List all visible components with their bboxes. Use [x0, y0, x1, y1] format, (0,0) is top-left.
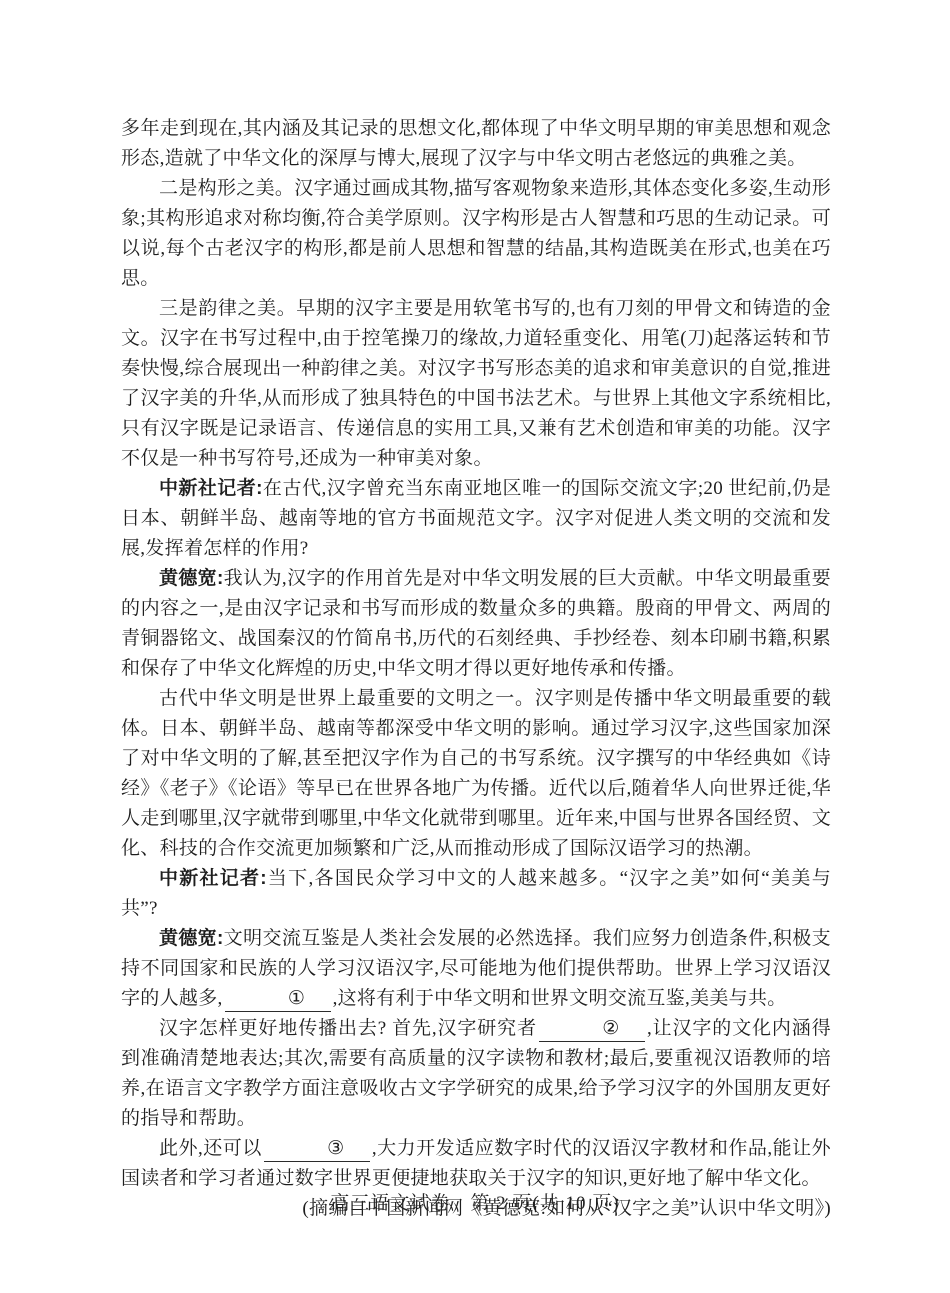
paragraph: 中新社记者:在古代,汉字曾充当东南亚地区唯一的国际交流文字;20 世纪前,仍是日… — [121, 474, 831, 564]
paragraph-text: 三是韵律之美。早期的汉字主要是用软笔书写的,也有刀刻的甲骨文和铸造的金文。汉字在… — [121, 298, 831, 469]
paragraph-text: 多年走到现在,其内涵及其记录的思想文化,都体现了中华文明早期的审美思想和观念形态… — [121, 118, 831, 169]
speaker-label: 中新社记者: — [159, 868, 267, 889]
paragraph: 黄德宽:文明交流互鉴是人类社会发展的必然选择。我们应努力创造条件,积极支持不同国… — [121, 924, 831, 1014]
fill-in-blank: ② — [539, 1017, 645, 1042]
paragraph: 黄德宽:我认为,汉字的作用首先是对中华文明发展的巨大贡献。中华文明最重要的内容之… — [121, 564, 831, 684]
paragraph: 中新社记者:当下,各国民众学习中文的人越来越多。“汉字之美”如何“美美与共”? — [121, 864, 831, 924]
paragraph-text: 我认为,汉字的作用首先是对中华文明发展的巨大贡献。中华文明最重要的内容之一,是由… — [121, 568, 831, 679]
page-footer: 高三语文试卷 第 2 页(共 10 页) — [0, 1188, 950, 1215]
paragraph-text: 古代中华文明是世界上最重要的文明之一。汉字则是传播中华文明最重要的载体。日本、朝… — [121, 688, 831, 859]
speaker-label: 黄德宽: — [159, 928, 224, 949]
paragraph-text: 二是构形之美。汉字通过画成其物,描写客观物象来造形,其体态变化多姿,生动形象;其… — [121, 178, 831, 289]
paragraph: 多年走到现在,其内涵及其记录的思想文化,都体现了中华文明早期的审美思想和观念形态… — [121, 114, 831, 174]
paragraph: 汉字怎样更好地传播出去? 首先,汉字研究者②,让汉字的文化内涵得到准确清楚地表达… — [121, 1014, 831, 1134]
paragraph: 此外,还可以③,大力开发适应数字时代的汉语汉字教材和作品,能让外国读者和学习者通… — [121, 1134, 831, 1194]
document-body: 多年走到现在,其内涵及其记录的思想文化,都体现了中华文明早期的审美思想和观念形态… — [121, 114, 831, 1224]
fill-in-blank: ① — [225, 987, 331, 1012]
fill-in-blank: ③ — [264, 1137, 370, 1162]
speaker-label: 中新社记者: — [159, 478, 263, 499]
paragraph: 古代中华文明是世界上最重要的文明之一。汉字则是传播中华文明最重要的载体。日本、朝… — [121, 684, 831, 864]
paragraph: 二是构形之美。汉字通过画成其物,描写客观物象来造形,其体态变化多姿,生动形象;其… — [121, 174, 831, 294]
paragraph-text: 此外,还可以 — [159, 1138, 262, 1159]
page-footer-text: 高三语文试卷 第 2 页(共 10 页) — [330, 1193, 619, 1214]
paragraph: 三是韵律之美。早期的汉字主要是用软笔书写的,也有刀刻的甲骨文和铸造的金文。汉字在… — [121, 294, 831, 474]
paragraph-text: ,这将有利于中华文明和世界文明交流互鉴,美美与共。 — [333, 988, 787, 1009]
paragraph-text: 汉字怎样更好地传播出去? 首先,汉字研究者 — [159, 1018, 537, 1039]
speaker-label: 黄德宽: — [159, 568, 224, 589]
exam-paper-page: 多年走到现在,其内涵及其记录的思想文化,都体现了中华文明早期的审美思想和观念形态… — [0, 0, 950, 1293]
